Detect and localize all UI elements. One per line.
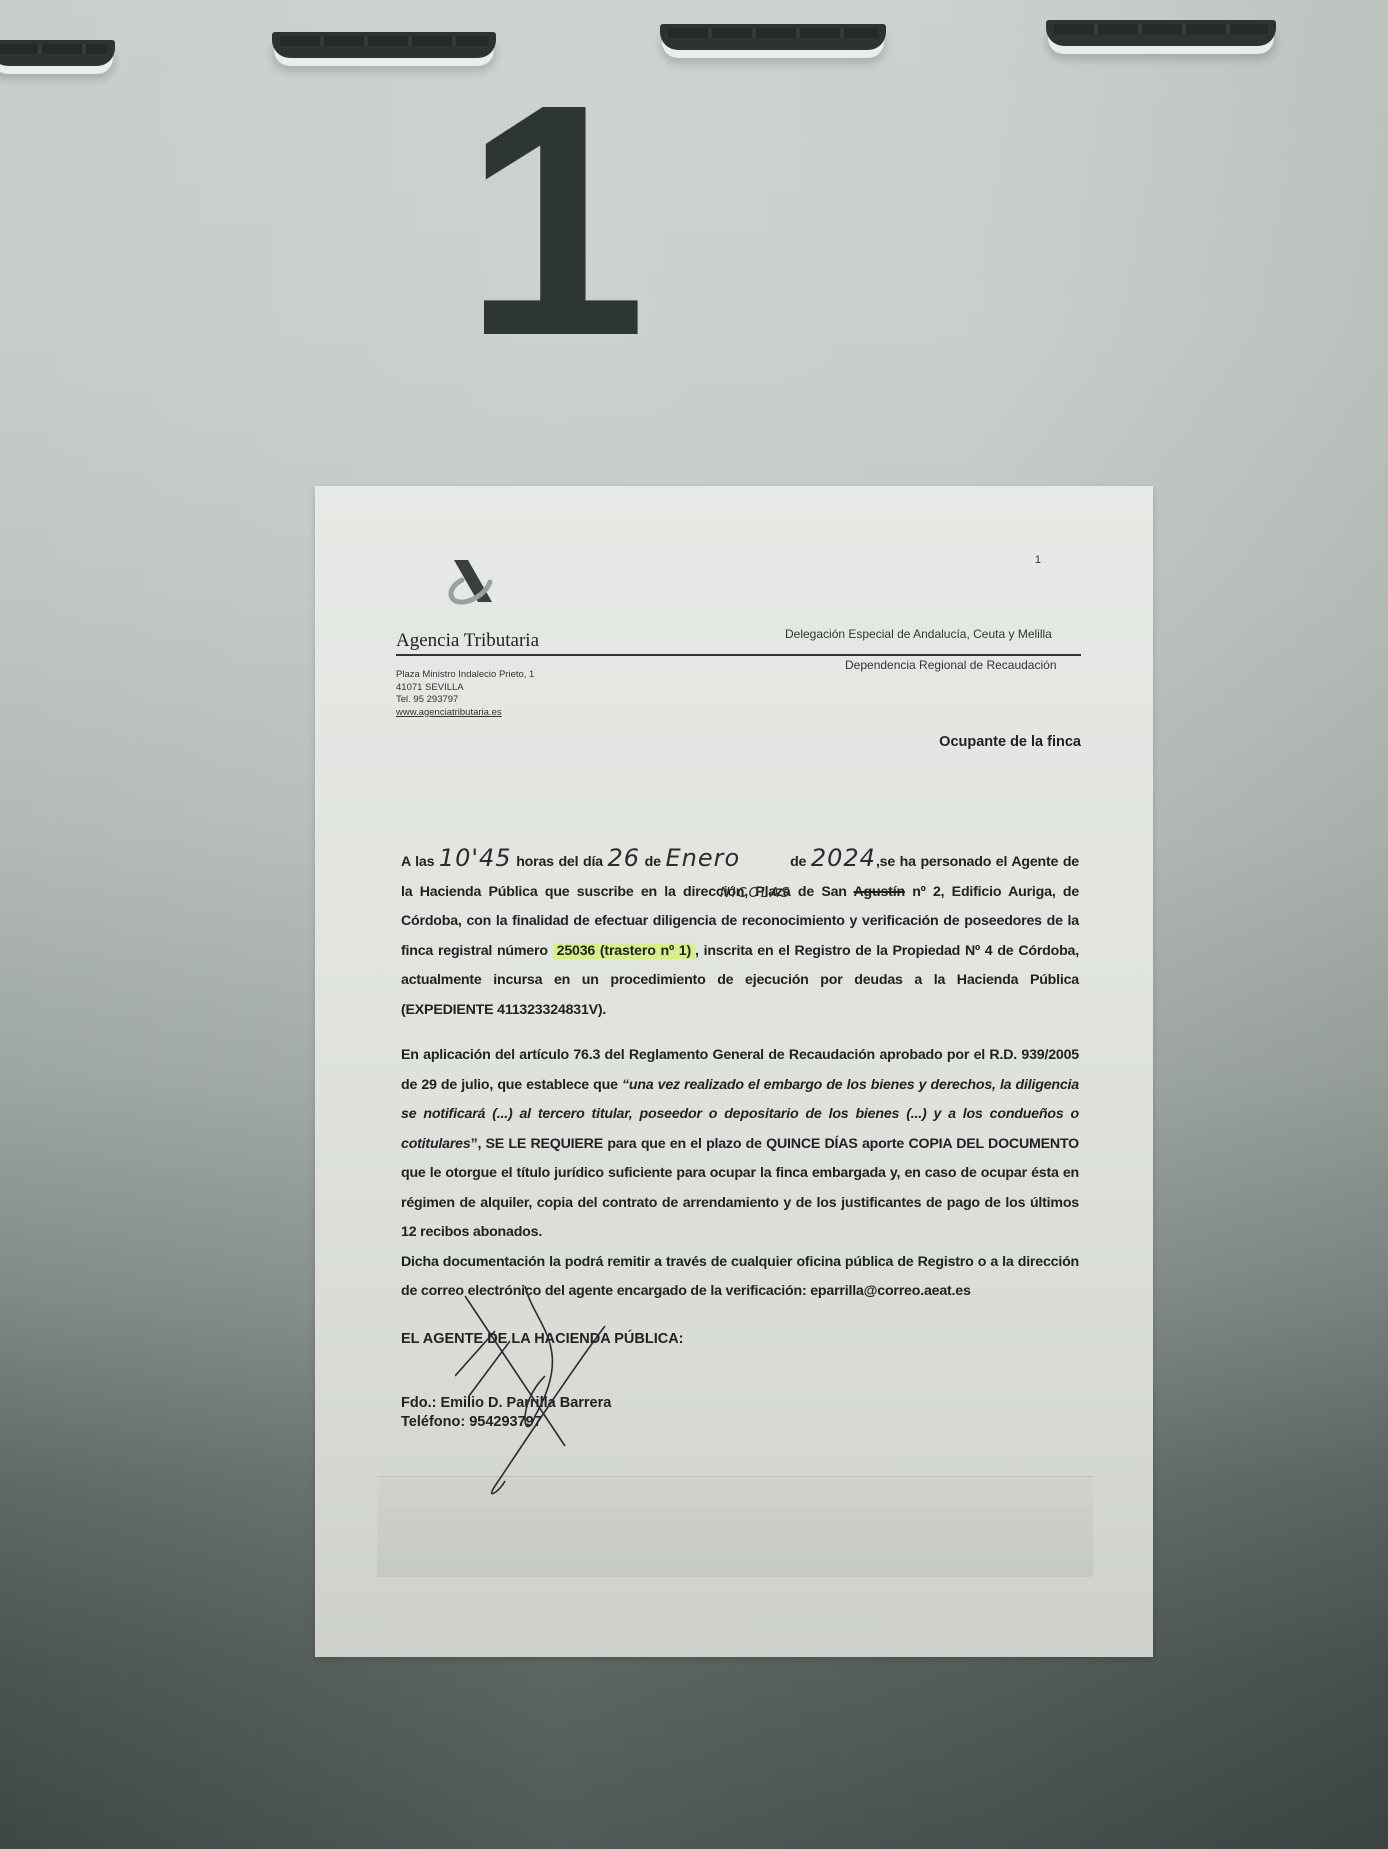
dependency: Dependencia Regional de Recaudación [845, 658, 1057, 672]
page-number: 1 [1035, 554, 1041, 566]
vent-slot [660, 24, 886, 50]
handwritten-year: 2024 [811, 844, 876, 872]
address-line1: Plaza Ministro Indalecio Prieto, 1 [396, 669, 534, 682]
header-rule [396, 654, 1081, 656]
handwritten-correction: NICOLAS [720, 886, 791, 901]
text: de [785, 854, 810, 870]
highlighted-property-number: 25036 (trastero nº 1) [553, 943, 695, 959]
agencia-tributaria-logo-icon [440, 558, 498, 608]
text: ”, SE LE REQUIERE para que en el plazo d… [401, 1136, 1079, 1241]
handwritten-day: 26 [608, 844, 641, 872]
address-line2: 41071 SEVILLA [396, 682, 534, 695]
text: de [640, 854, 665, 870]
address-phone: Tel. 95 293797 [396, 694, 534, 707]
agency-address: Plaza Ministro Indalecio Prieto, 1 41071… [396, 669, 534, 719]
text: horas del día [512, 854, 608, 870]
vent-slot [1046, 20, 1276, 46]
delegation: Delegación Especial de Andalucía, Ceuta … [785, 627, 1052, 641]
door-unit-number: 1 [460, 85, 650, 355]
notice-paragraph-2: En aplicación del artículo 76.3 del Regl… [401, 1041, 1079, 1307]
text: A las [401, 854, 439, 870]
agency-website-link[interactable]: www.agenciatributaria.es [396, 707, 534, 720]
tax-agency-notice: 1 Agencia Tributaria Delegación Especial… [315, 486, 1153, 1657]
struck-street-name: Agustín [854, 884, 905, 900]
handwritten-time: 10'45 [439, 844, 512, 872]
handwritten-month: Enero [665, 844, 785, 874]
vent-slot [0, 40, 115, 66]
handwritten-signature-icon [455, 1286, 685, 1506]
agency-name: Agencia Tributaria [396, 630, 539, 652]
notice-paragraph-1: A las 10'45 horas del día 26 de Enero de… [401, 844, 1079, 1025]
recipient: Ocupante de la finca [939, 734, 1081, 750]
